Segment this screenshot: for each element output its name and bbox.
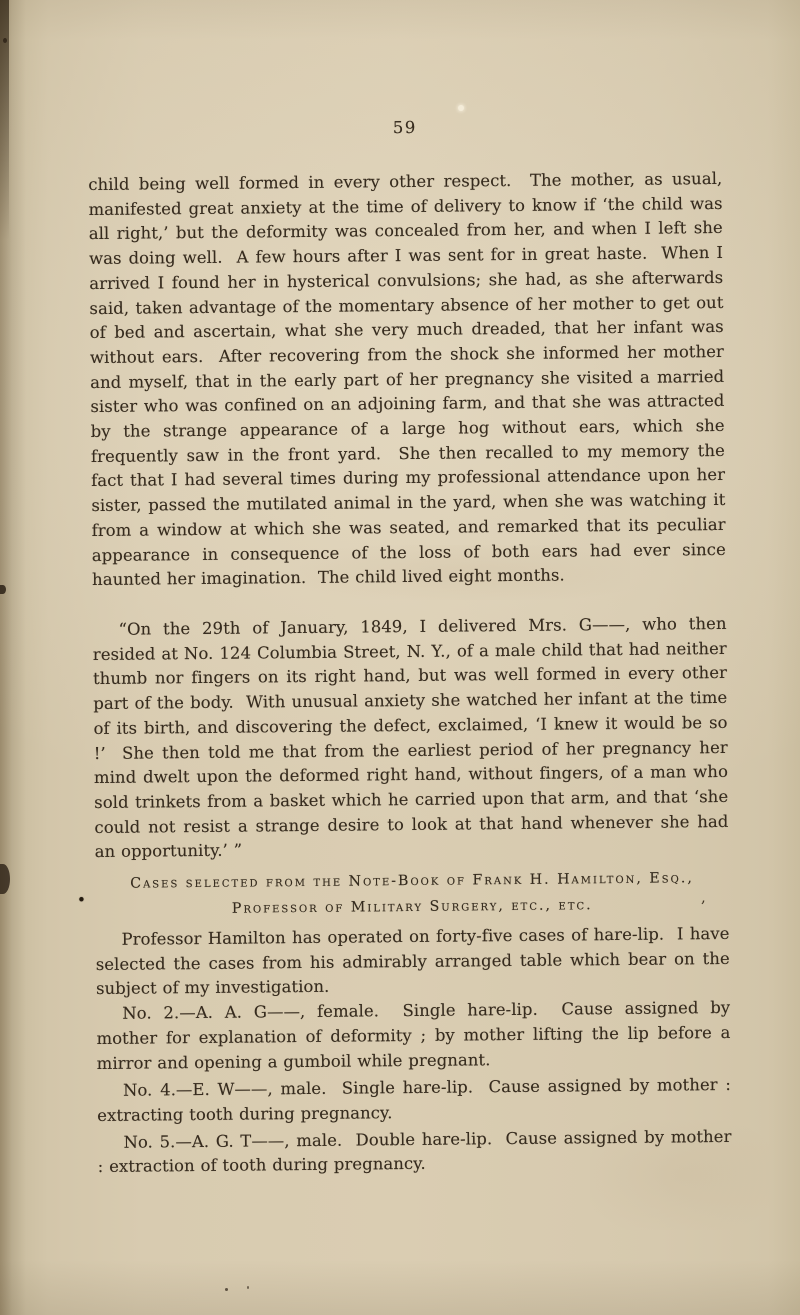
- stray-ink-comma: ,: [701, 888, 706, 906]
- paragraph-hamilton-intro: Professor Hamilton has operated on forty…: [95, 922, 730, 1002]
- case-entry-no5: No. 5.—A. G. T——, male. Double hare-lip.…: [97, 1125, 731, 1180]
- paper-speck: [0, 585, 6, 594]
- case-entry-no4: No. 4.—E. W——, male. Single hare-lip. Ca…: [97, 1073, 731, 1128]
- case-entry-no2: No. 2.—A. A. G——, female. Single hare-li…: [96, 996, 731, 1076]
- page-content: 59 child being well formed in every othe…: [0, 0, 800, 1315]
- page-number: 59: [88, 115, 722, 140]
- paragraph-earless-child-case: child being well formed in every other r…: [88, 167, 726, 593]
- printers-bullet-mark: •: [77, 891, 86, 909]
- paper-speck: [3, 38, 7, 43]
- paper-speck: [247, 1286, 249, 1289]
- section-heading: Cases selected from the Note-Book of Fra…: [95, 865, 729, 923]
- paragraph-deformed-hand-case: “On the 29th of January, 1849, I deliver…: [92, 612, 728, 865]
- book-page-scan: 59 child being well formed in every othe…: [0, 0, 800, 1315]
- paper-flaw-white-dot: [458, 105, 464, 111]
- cases-section: Cases selected from the Note-Book of Fra…: [95, 865, 732, 1180]
- paper-speck: [225, 1288, 228, 1291]
